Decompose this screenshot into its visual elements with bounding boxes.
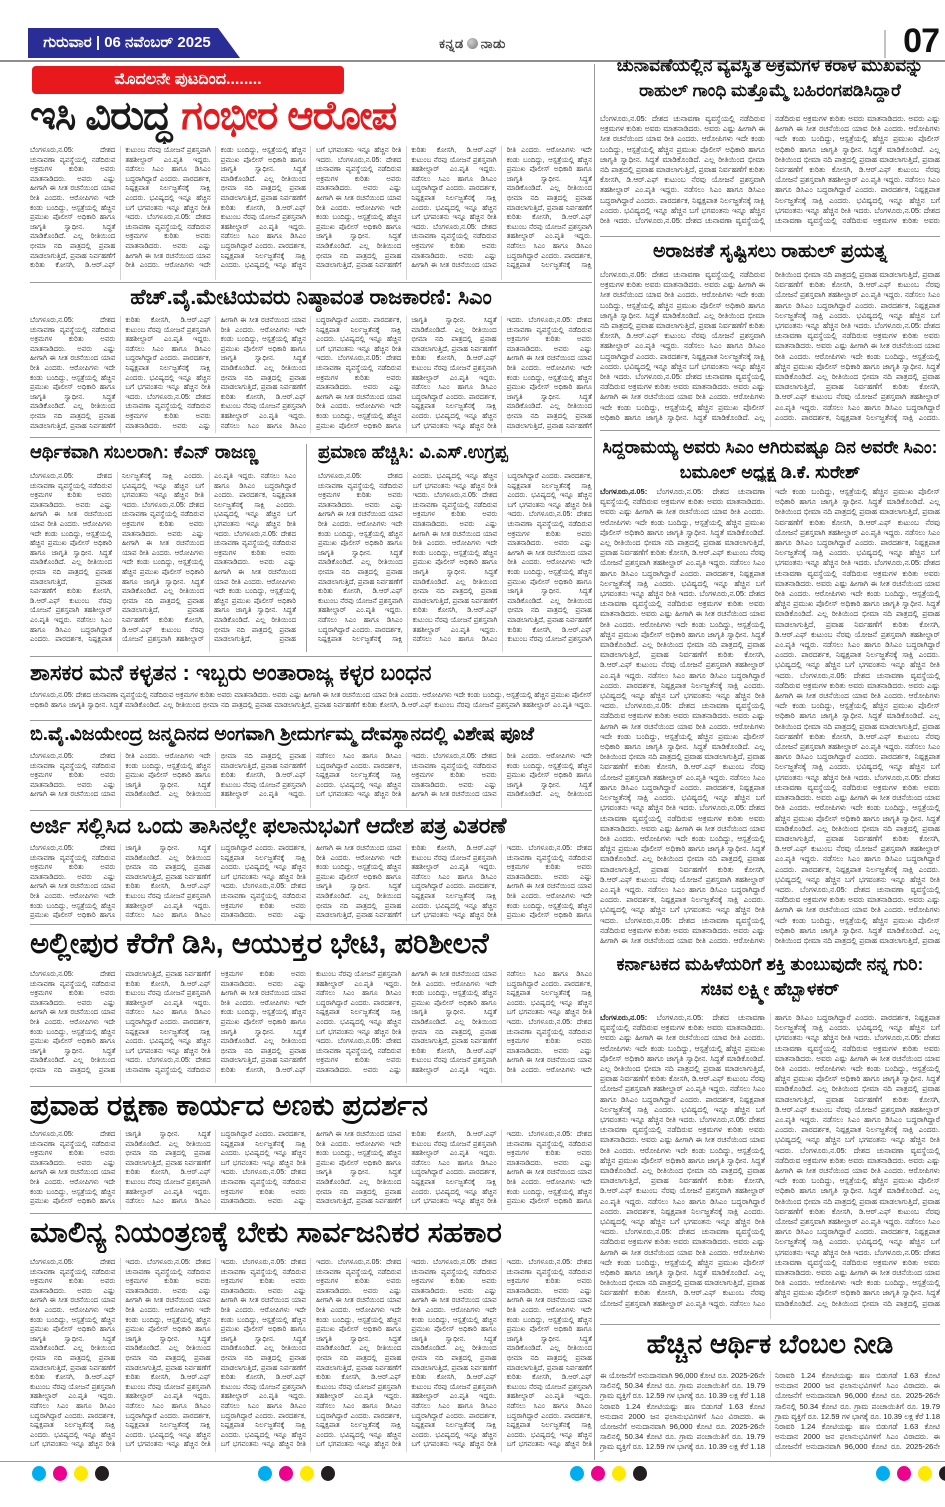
registration-marks [32,1466,109,1481]
registration-marks [570,1466,647,1481]
headline-flood: ಪ್ರವಾಹ ರಕ್ಷಣಾ ಕಾರ್ಯದ ಅಣಕು ಪ್ರದರ್ಶನ [30,1090,592,1125]
headline-rahul-expose: ಚುನಾವಣೆಯಲ್ಲಿನ ವ್ಯವಸ್ಥಿತ ಅಕ್ರಮಗಳ ಕರಾಳ ಮುಖ… [600,54,940,110]
headline-ec-allegation: ಇಸಿ ವಿರುದ್ಧ ಗಂಭೀರ ಆರೋಪ [30,94,592,144]
section-rule [30,656,592,657]
headline-text: ಚುನಾವಣೆಯಲ್ಲಿನ ವ್ಯವಸ್ಥಿತ ಅಕ್ರಮಗಳ ಕರಾಳ ಮುಖ… [617,56,924,100]
body-text: ಬೆಂಗಳೂರು,ನ.05: ದೇಶದ ಚುನಾವಣಾ ವ್ಯವಸ್ಥೆಯಲ್ಲ… [30,1259,592,1448]
registration-mark-black-icon [939,1466,945,1481]
registration-mark-black-icon [633,1466,647,1481]
sub-article-divider [306,444,307,652]
headline-lake: ಅಲ್ಲೀಪುರ ಕೆರೆಗೆ ಡಿಸಿ, ಆಯುಕ್ತರ ಭೇಟಿ, ಪರಿಶ… [30,928,592,965]
body-text: ಬೆಂಗಳೂರು,ನ.05: ದೇಶದ ಚುನಾವಣಾ ವ್ಯವಸ್ಥೆಯಲ್ಲ… [600,1013,940,1308]
kicker-from-first-page: ಮೊದಲನೇ ಪುಟದಿಂದ........ [32,66,344,94]
headline-text: ಶಾಸಕರ ಮನೆ ಕಳ್ಳತನ : ಇಬ್ಬರು ಅಂತಾರಾಜ್ಯ ಕಳ್ಳ… [30,660,432,685]
body-text: ಬೆಂಗಳೂರು,ನ.05: ದೇಶದ ಚುನಾವಣಾ ವ್ಯವಸ್ಥೆಯಲ್ಲ… [30,753,592,798]
body-text: ಬೆಂಗಳೂರು,ನ.05: ದೇಶದ ಚುನಾವಣಾ ವ್ಯವಸ್ಥೆಯಲ್ಲ… [318,473,592,643]
article-body-anarchy: ಬೆಂಗಳೂರು,ನ.05: ದೇಶದ ಚುನಾವಣಾ ವ್ಯವಸ್ಥೆಯಲ್ಲ… [600,270,940,427]
dateline: ಬೆಂಗಳೂರು,ನ.05: [600,487,647,496]
headline-hebbalkar: ಕರ್ನಾಟಕದ ಮಹಿಳೆಯರಿಗೆ ಶಕ್ತಿ ತುಂಬುವುದೇ ನನ್ನ… [600,952,940,1009]
section-rule [30,924,592,925]
registration-mark-cyan-icon [876,1466,890,1481]
headline-pollution: ಮಾಲಿನ್ಯ ನಿಯಂತ್ರಣಕ್ಕೆ ಬೇಕು ಸಾರ್ವಜನಿಕರ ಸಹಕ… [30,1217,592,1253]
registration-mark-magenta-icon [897,1466,911,1481]
article-body-pooja: ಬೆಂಗಳೂರು,ನ.05: ದೇಶದ ಚುನಾವಣಾ ವ್ಯವಸ್ಥೆಯಲ್ಲ… [30,752,592,808]
headline-ec-red-part: ಗಂಭೀರ ಆರೋಪ [181,94,396,138]
headline-text: ಹೆಚ್.ವೈ.ಮೇಟಿಯವರು ನಿಷ್ಠಾವಂತ ರಾಜಕಾರಣಿ: ಸಿಎ… [130,286,492,309]
body-text: ಬೆಂಗಳೂರು,ನ.05: ದೇಶದ ಚುನಾವಣಾ ವ್ಯವಸ್ಥೆಯಲ್ಲ… [30,473,296,643]
article-body-support: ಈ ಯೋಜನೆಗೆ ಅನುದಾನವಾಗಿ 96,000 ಕೋಟಿ ರೂ. 202… [600,1371,940,1457]
registration-mark-magenta-icon [279,1466,293,1481]
section-rule [600,1324,940,1325]
body-text: ಬೆಂಗಳೂರು,ನ.05: ದೇಶದ ಚುನಾವಣಾ ವ್ಯವಸ್ಥೆಯಲ್ಲ… [30,692,592,709]
registration-mark-black-icon [95,1466,109,1481]
article-body-lake: ಬೆಂಗಳೂರು,ನ.05: ದೇಶದ ಚುನಾವಣಾ ವ್ಯವಸ್ಥೆಯಲ್ಲ… [30,970,592,1083]
headline-cm-meti: ಹೆಚ್.ವೈ.ಮೇಟಿಯವರು ನಿಷ್ಠಾವಂತ ರಾಜಕಾರಣಿ: ಸಿಎ… [30,286,592,312]
headline-text: ಅಲ್ಲೀಪುರ ಕೆರೆಗೆ ಡಿಸಿ, ಆಯುಕ್ತರ ಭೇಟಿ, ಪರಿಶ… [30,928,489,960]
headline-text: ಅರ್ಜಿ ಸಲ್ಲಿಸಿದ ಒಂದು ತಾಸಿನಲ್ಲೇ ಫಲಾನುಭವಿಗೆ… [30,813,506,838]
article-body-pollution: ಬೆಂಗಳೂರು,ನ.05: ದೇಶದ ಚುನಾವಣಾ ವ್ಯವಸ್ಥೆಯಲ್ಲ… [30,1258,592,1452]
article-body-theft: ಬೆಂಗಳೂರು,ನ.05: ದೇಶದ ಚುನಾವಣಾ ವ್ಯವಸ್ಥೆಯಲ್ಲ… [30,691,592,717]
registration-mark-yellow-icon [612,1466,626,1481]
body-text: ಬೆಂಗಳೂರು,ನ.05: ದೇಶದ ಚುನಾವಣಾ ವ್ಯವಸ್ಥೆಯಲ್ಲ… [30,845,592,919]
headline-suresh: ಸಿದ್ದರಾಮಯ್ಯ ಅವರು ಸಿಎಂ ಆಗಿರುವಷ್ಟೂ ದಿನ ಅವರ… [600,435,940,482]
registration-mark-cyan-icon [32,1466,46,1481]
article-body-cm-meti: ಬೆಂಗಳೂರು,ನ.05: ದೇಶದ ಚುನಾವಣಾ ವ್ಯವಸ್ಥೆಯಲ್ಲ… [30,316,592,433]
masthead-right: ನಾಡು [481,36,506,51]
registration-mark-cyan-icon [258,1466,272,1481]
headline-text: ಅರಾಜಕತೆ ಸೃಷ್ಟಿಸಲು ರಾಹುಲ್ ಪ್ರಯತ್ನ [653,241,887,262]
section-rule [30,437,592,438]
article-body-rahul-expose: ಬೆಂಗಳೂರು,ನ.05: ದೇಶದ ಚುನಾವಣಾ ವ್ಯವಸ್ಥೆಯಲ್ಲ… [600,114,940,232]
section-rule [30,1086,592,1087]
headline-ugrappa: ಪ್ರಮಾಣ ಹೆಚ್ಚಿಸಿ: ವಿ.ಎಸ್.ಉಗ್ರಪ್ಪ [318,442,592,468]
headline-text: ಕರ್ನಾಟಕದ ಮಹಿಳೆಯರಿಗೆ ಶಕ್ತಿ ತುಂಬುವುದೇ ನನ್ನ… [617,954,924,999]
article-body-lead: ಬೆಂಗಳೂರು,ನ.05: ದೇಶದ ಚುನಾವಣಾ ವ್ಯವಸ್ಥೆಯಲ್ಲ… [30,146,592,280]
section-rule [30,282,592,283]
kicker-label: ಮೊದಲನೇ ಪುಟದಿಂದ........ [114,71,261,88]
body-text: ಬೆಂಗಳೂರು,ನ.05: ದೇಶದ ಚುನಾವಣಾ ವ್ಯವಸ್ಥೆಯಲ್ಲ… [30,147,592,269]
article-body-suresh: ಬೆಂಗಳೂರು,ನ.05: ಬೆಂಗಳೂರು,ನ.05: ದೇಶದ ಚುನಾವ… [600,487,940,947]
registration-mark-magenta-icon [591,1466,605,1481]
article-body-order: ಬೆಂಗಳೂರು,ನ.05: ದೇಶದ ಚುನಾವಣಾ ವ್ಯವಸ್ಥೆಯಲ್ಲ… [30,844,592,921]
registration-mark-magenta-icon [53,1466,67,1481]
registration-mark-cyan-icon [570,1466,584,1481]
main-column-divider [594,64,595,1460]
body-text: ಬೆಂಗಳೂರು,ನ.05: ದೇಶದ ಚುನಾವಣಾ ವ್ಯವಸ್ಥೆಯಲ್ಲ… [30,1131,592,1205]
section-rule [30,1213,592,1214]
registration-mark-yellow-icon [300,1466,314,1481]
masthead-left: ಕನ್ನಡ [439,36,464,51]
headline-pooja: ಬಿ.ವೈ.ವಿಜಯೇಂದ್ರ ಜನ್ಮದಿನದ ಅಂಗವಾಗಿ ಶ್ರೀದುರ… [30,724,592,749]
newspaper-page: ಗುರುವಾರ | 06 ನವೆಂಬರ್ 2025 ಕನ್ನಡನಾಡು 07 ಮ… [0,0,945,1507]
headline-anarchy: ಅರಾಜಕತೆ ಸೃಷ್ಟಿಸಲು ರಾಹುಲ್ ಪ್ರಯತ್ನ [600,241,940,266]
headline-theft: ಶಾಸಕರ ಮನೆ ಕಳ್ಳತನ : ಇಬ್ಬರು ಅಂತಾರಾಜ್ಯ ಕಳ್ಳ… [30,660,592,687]
headline-text: ಪ್ರವಾಹ ರಕ್ಷಣಾ ಕಾರ್ಯದ ಅಣಕು ಪ್ರದರ್ಶನ [30,1090,428,1122]
body-text: ಬೆಂಗಳೂರು,ನ.05: ದೇಶದ ಚುನಾವಣಾ ವ್ಯವಸ್ಥೆಯಲ್ಲ… [600,270,940,422]
registration-marks [876,1466,945,1481]
body-text: ಬೆಂಗಳೂರು,ನ.05: ದೇಶದ ಚುನಾವಣಾ ವ್ಯವಸ್ಥೆಯಲ್ಲ… [600,487,940,945]
headline-order: ಅರ್ಜಿ ಸಲ್ಲಿಸಿದ ಒಂದು ತಾಸಿನಲ್ಲೇ ಫಲಾನುಭವಿಗೆ… [30,813,592,841]
article-body-flood: ಬೆಂಗಳೂರು,ನ.05: ದೇಶದ ಚುನಾವಣಾ ವ್ಯವಸ್ಥೆಯಲ್ಲ… [30,1130,592,1210]
headline-ec-black-part: ಇಸಿ ವಿರುದ್ಧ [30,94,181,138]
registration-mark-yellow-icon [918,1466,932,1481]
registration-mark-yellow-icon [74,1466,88,1481]
body-text: ಬೆಂಗಳೂರು,ನ.05: ದೇಶದ ಚುನಾವಣಾ ವ್ಯವಸ್ಥೆಯಲ್ಲ… [30,317,592,430]
body-text: ಬೆಂಗಳೂರು,ನ.05: ದೇಶದ ಚುನಾವಣಾ ವ್ಯವಸ್ಥೆಯಲ್ಲ… [600,114,940,225]
headline-text: ಮಾಲಿನ್ಯ ನಿಯಂತ್ರಣಕ್ಕೆ ಬೇಕು ಸಾರ್ವಜನಿಕರ ಸಹಕ… [30,1217,502,1249]
section-rule [600,430,940,431]
headline-text: ಹೆಚ್ಚಿನ ಆರ್ಥಿಕ ಬೆಂಬಲ ನೀಡಿ [647,1329,894,1359]
registration-marks [258,1466,335,1481]
article-body-rajanna: ಬೆಂಗಳೂರು,ನ.05: ದೇಶದ ಚುನಾವಣಾ ವ್ಯವಸ್ಥೆಯಲ್ಲ… [30,472,296,652]
headline-text: ಪ್ರಮಾಣ ಹೆಚ್ಚಿಸಿ: ವಿ.ಎಸ್.ಉಗ್ರಪ್ಪ [318,442,508,462]
article-body-ugrappa: ಬೆಂಗಳೂರು,ನ.05: ದೇಶದ ಚುನಾವಣಾ ವ್ಯವಸ್ಥೆಯಲ್ಲ… [318,472,592,652]
section-rule [30,720,592,721]
headline-text: ಸಿದ್ದರಾಮಯ್ಯ ಅವರು ಸಿಎಂ ಆಗಿರುವಷ್ಟೂ ದಿನ ಅವರ… [603,437,938,482]
masthead: ಕನ್ನಡನಾಡು [0,36,945,52]
section-rule [30,810,592,811]
body-text: ಬೆಂಗಳೂರು,ನ.05: ದೇಶದ ಚುನಾವಣಾ ವ್ಯವಸ್ಥೆಯಲ್ಲ… [30,971,592,1074]
headline-support: ಹೆಚ್ಚಿನ ಆರ್ಥಿಕ ಬೆಂಬಲ ನೀಡಿ [600,1329,940,1366]
body-text: ಈ ಯೋಜನೆಗೆ ಅನುದಾನವಾಗಿ 96,000 ಕೋಟಿ ರೂ. 202… [600,1371,940,1451]
headline-text: ಆರ್ಥಿಕವಾಗಿ ಸಬಲರಾಗಿ: ಕೆಎನ್ ರಾಜಣ್ಣ [30,442,258,462]
section-rule [600,236,940,237]
registration-mark-black-icon [321,1466,335,1481]
masthead-logo-icon [467,38,478,49]
headline-rajanna: ಆರ್ಥಿಕವಾಗಿ ಸಬಲರಾಗಿ: ಕೆಎನ್ ರಾಜಣ್ಣ [30,442,306,468]
dateline: ಬೆಂಗಳೂರು,ನ.05: [600,1013,647,1022]
headline-text: ಬಿ.ವೈ.ವಿಜಯೇಂದ್ರ ಜನ್ಮದಿನದ ಅಂಗವಾಗಿ ಶ್ರೀದುರ… [30,724,534,745]
article-body-hebbalkar: ಬೆಂಗಳೂರು,ನ.05: ಬೆಂಗಳೂರು,ನ.05: ದೇಶದ ಚುನಾವ… [600,1013,940,1319]
bottom-rule [0,1461,945,1462]
